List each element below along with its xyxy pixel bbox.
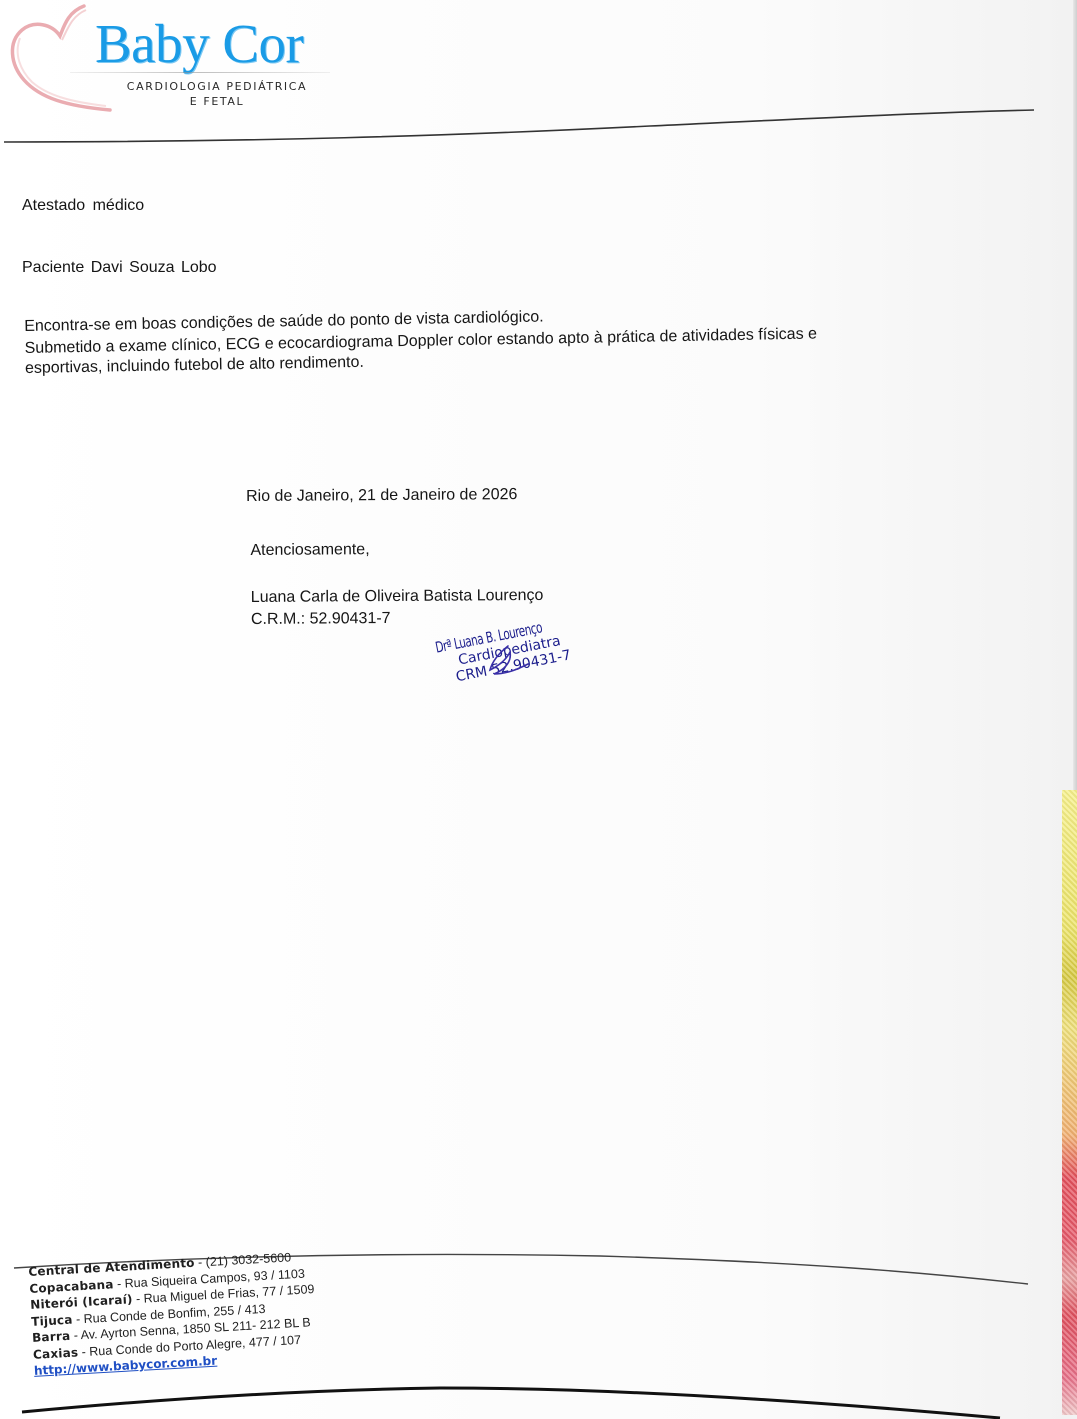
background-fabric-strip [1062, 790, 1077, 1415]
footer-contacts: Central de Atendimento - (21) 3032-5600 … [28, 1248, 319, 1379]
document-title: Atestado médico [22, 197, 144, 215]
doctor-crm: C.R.M.: 52.90431-7 [251, 610, 391, 629]
handwritten-signature-icon [468, 640, 548, 690]
page-edge-shadow [1073, 0, 1077, 790]
letter-page: Baby Cor CARDIOLOGIA PEDIÁTRICA E FETAL … [0, 0, 1077, 1419]
page-rules [0, 0, 1077, 1419]
header-divider [4, 110, 1034, 142]
place-date: Rio de Janeiro, 21 de Janeiro de 2026 [246, 486, 517, 506]
patient-line: Paciente Davi Souza Lobo [22, 259, 217, 277]
closing-salutation: Atenciosamente, [250, 541, 369, 560]
footer-bottom-divider [22, 1388, 1000, 1418]
doctor-name: Luana Carla de Oliveira Batista Lourenço [251, 587, 544, 607]
